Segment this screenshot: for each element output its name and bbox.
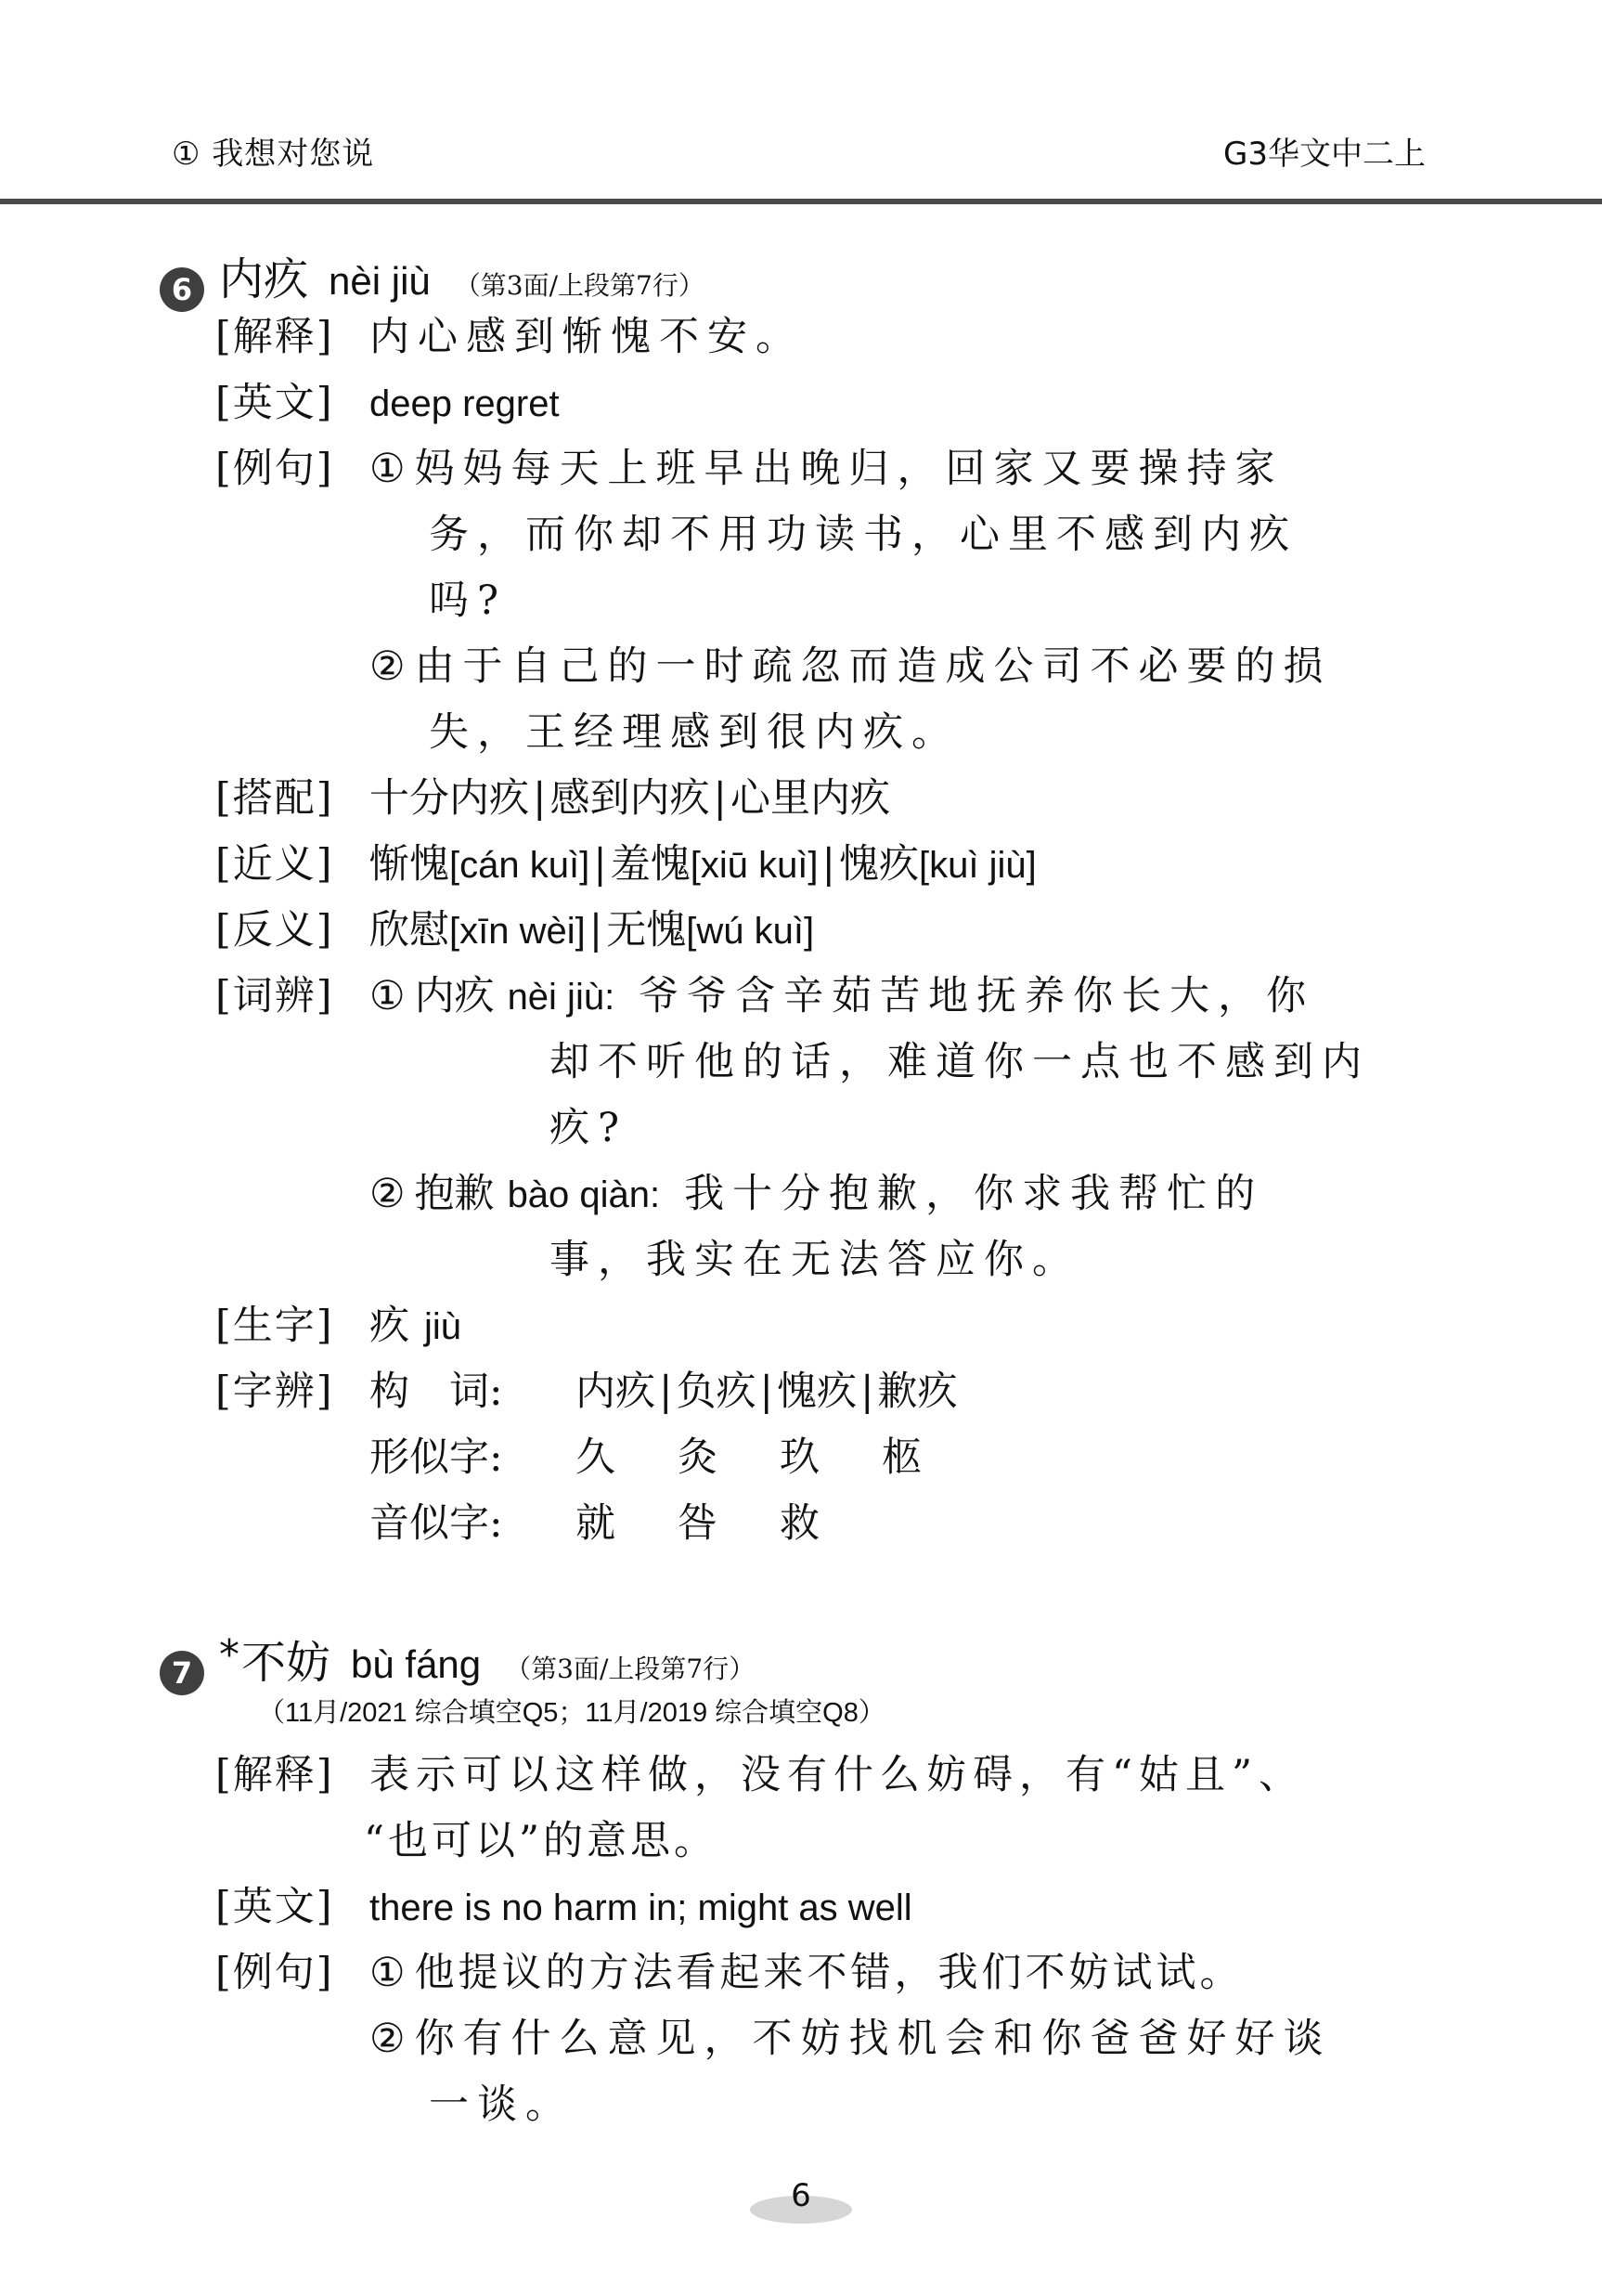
antonyms-row: [反义]欣慰[xīn wèi]|无愧[wú kuì] [215,898,814,965]
compound-item: 歉疚 [878,1369,958,1415]
explanation-tag: [解释] [215,1743,369,1809]
antonym-word: 欣慰 [369,907,449,953]
english-text: deep regret [369,383,560,424]
example-1-line-1: ①他提议的方法看起来不错，我们不妨试试。 [369,1940,1244,2006]
word-diff-pinyin: bào qiàn: [508,1174,661,1215]
example-marker: ① [369,446,406,492]
antonyms-tag: [反义] [215,898,369,964]
similar-sound-label: 音似字: [369,1491,575,1557]
collocation-item: 感到内疚 [550,775,710,822]
similar-sound-char: 咎 [678,1491,780,1557]
example-1-line-1: ①妈妈每天上班早出晚归，回家又要操持家 [369,436,1284,502]
examples-tag-row: [例句] [215,1940,369,2006]
synonym-pinyin: [kuì jiù] [919,845,1037,886]
collocation-item: 十分内疚 [369,775,529,822]
explanation-text: 内心感到惭愧不安。 [369,314,804,360]
word-diff-word: 内疚 [415,973,495,1019]
headword: 不妨 [241,1627,330,1691]
antonym-word: 无愧 [606,907,686,953]
new-char: 疚 [369,1303,409,1349]
similar-shape-char: 玖 [780,1425,882,1491]
word-diff-tag-row: [词辨] [215,964,369,1030]
example-marker: ② [369,2016,406,2062]
book-title: G3华文中二上 [1223,128,1426,174]
word-diff-word: 抱歉 [415,1171,495,1217]
example-text: 由于自己的一时疏忽而造成公司不必要的损 [415,643,1332,690]
entry-heading: 6 内疚 nèi jiù （第3面/上段第7行） [160,243,704,307]
new-char-row: [生字]疚jiù [215,1293,461,1360]
word-diff-2-line-1: ②抱歉bào qiàn:我十分抱歉，你求我帮忙的 [369,1161,1263,1228]
compound-item: 内疚 [575,1369,655,1415]
example-2-line-1: ②你有什么意见，不妨找机会和你爸爸好好谈 [369,2006,1332,2072]
example-marker: ② [369,643,406,690]
word-diff-1-line-3: 疚? [549,1096,627,1161]
synonyms-tag: [近义] [215,832,369,898]
word-diff-tag: [词辨] [215,964,369,1030]
similar-sound-row: 音似字:就咎救 [369,1491,820,1557]
example-text: 他提议的方法看起来不错，我们不妨试试。 [415,1950,1244,1996]
header-divider [0,199,1602,204]
new-char-pinyin: jiù [424,1306,461,1347]
entry-number-badge: 6 [160,267,204,312]
synonym-word: 惭愧 [369,841,449,888]
example-1-line-2: 务，而你却不用功读书，心里不感到内疚 [429,502,1298,568]
word-diff-marker: ② [369,1171,406,1217]
similar-sound-char: 就 [575,1491,678,1557]
example-text: 你有什么意见，不妨找机会和你爸爸好好谈 [415,2016,1332,2062]
compound-label: 构 词: [369,1359,575,1425]
word-diff-2-line-2: 事，我实在无法答应你。 [549,1227,1080,1293]
example-1-line-3: 吗? [429,568,507,634]
source-reference: （第3面/上段第7行） [455,266,704,303]
collocation-tag: [搭配] [215,766,369,832]
english-row: [英文]there is no harm in; might as well [215,1874,912,1941]
examples-tag: [例句] [215,1940,369,2006]
headword-pinyin: bù fáng [351,1642,481,1687]
exam-reference: （11月/2021 综合填空Q5；11月/2019 综合填空Q8） [258,1692,885,1730]
collocation-item: 心里内疚 [730,775,890,822]
example-marker: ① [369,1950,406,1996]
similar-shape-label: 形似字: [369,1425,575,1491]
english-tag: [英文] [215,370,369,436]
similar-sound-char: 救 [780,1500,820,1547]
headword: 内疚 [219,243,308,307]
synonym-pinyin: [cán kuì] [449,845,589,886]
synonym-pinyin: [xiū kuì] [691,845,819,886]
example-2-line-1: ②由于自己的一时疏忽而造成公司不必要的损 [369,634,1332,700]
similar-shape-row: 形似字:久灸玖柩 [369,1425,922,1491]
similar-shape-char: 柩 [882,1434,922,1481]
examples-tag: [例句] [215,436,369,502]
similar-shape-char: 灸 [678,1425,780,1491]
char-diff-row: [字辨]构 词:内疚|负疚|愧疚|歉疚 [215,1359,958,1425]
example-2-line-2: 一谈。 [429,2072,574,2138]
page-header: ① 我想对您说 G3华文中二上 [0,0,1602,204]
page-footer: 6 [750,2177,852,2214]
english-text: there is no harm in; might as well [369,1887,912,1928]
star-marker: * [219,1631,239,1679]
word-diff-text: 爷爷含辛茹苦地抚养你长大，你 [639,973,1314,1019]
chapter-title: ① 我想对您说 [172,128,374,174]
example-2-line-2: 失，王经理感到很内疚。 [429,700,960,766]
compound-item: 愧疚 [777,1369,857,1415]
synonym-word: 愧疚 [839,841,919,888]
collocation-row: [搭配]十分内疚|感到内疚|心里内疚 [215,766,890,832]
entry-number-badge: 7 [160,1651,204,1695]
word-diff-marker: ① [369,973,406,1019]
source-reference: （第3面/上段第7行） [505,1649,755,1686]
synonym-word: 羞愧 [611,841,691,888]
explanation-tag: [解释] [215,305,369,370]
examples-tag-row: [例句] [215,436,369,502]
antonym-pinyin: [wú kuì] [686,911,814,952]
synonyms-row: [近义]惭愧[cán kuì]|羞愧[xiū kuì]|愧疚[kuì jiù] [215,832,1037,899]
new-char-tag: [生字] [215,1293,369,1359]
headword-pinyin: nèi jiù [329,259,431,304]
explanation-line-2: “也可以”的意思。 [364,1809,717,1874]
example-text: 妈妈每天上班早出晚归，回家又要操持家 [415,446,1284,492]
antonym-pinyin: [xīn wèi] [449,911,586,952]
english-tag: [英文] [215,1874,369,1940]
word-diff-pinyin: nèi jiù: [508,977,615,1018]
explanation-row: [解释]表示可以这样做，没有什么妨碍，有“姑且”、 [215,1743,1305,1809]
word-diff-1-line-1: ①内疚nèi jiù:爷爷含辛茹苦地抚养你长大，你 [369,964,1314,1031]
compound-item: 负疚 [677,1369,756,1415]
char-diff-tag: [字辨] [215,1359,369,1425]
word-diff-1-line-2: 却不听他的话，难道你一点也不感到内 [549,1030,1370,1096]
explanation-row: [解释]内心感到惭愧不安。 [215,305,804,370]
word-diff-text: 我十分抱歉，你求我帮忙的 [684,1171,1263,1217]
page-number: 6 [750,2177,852,2214]
explanation-text: 表示可以这样做，没有什么妨碍，有“姑且”、 [369,1752,1305,1798]
entry-heading: 7 * 不妨 bù fáng （第3面/上段第7行） [160,1627,755,1691]
english-row: [英文]deep regret [215,370,560,437]
similar-shape-char: 久 [575,1425,678,1491]
